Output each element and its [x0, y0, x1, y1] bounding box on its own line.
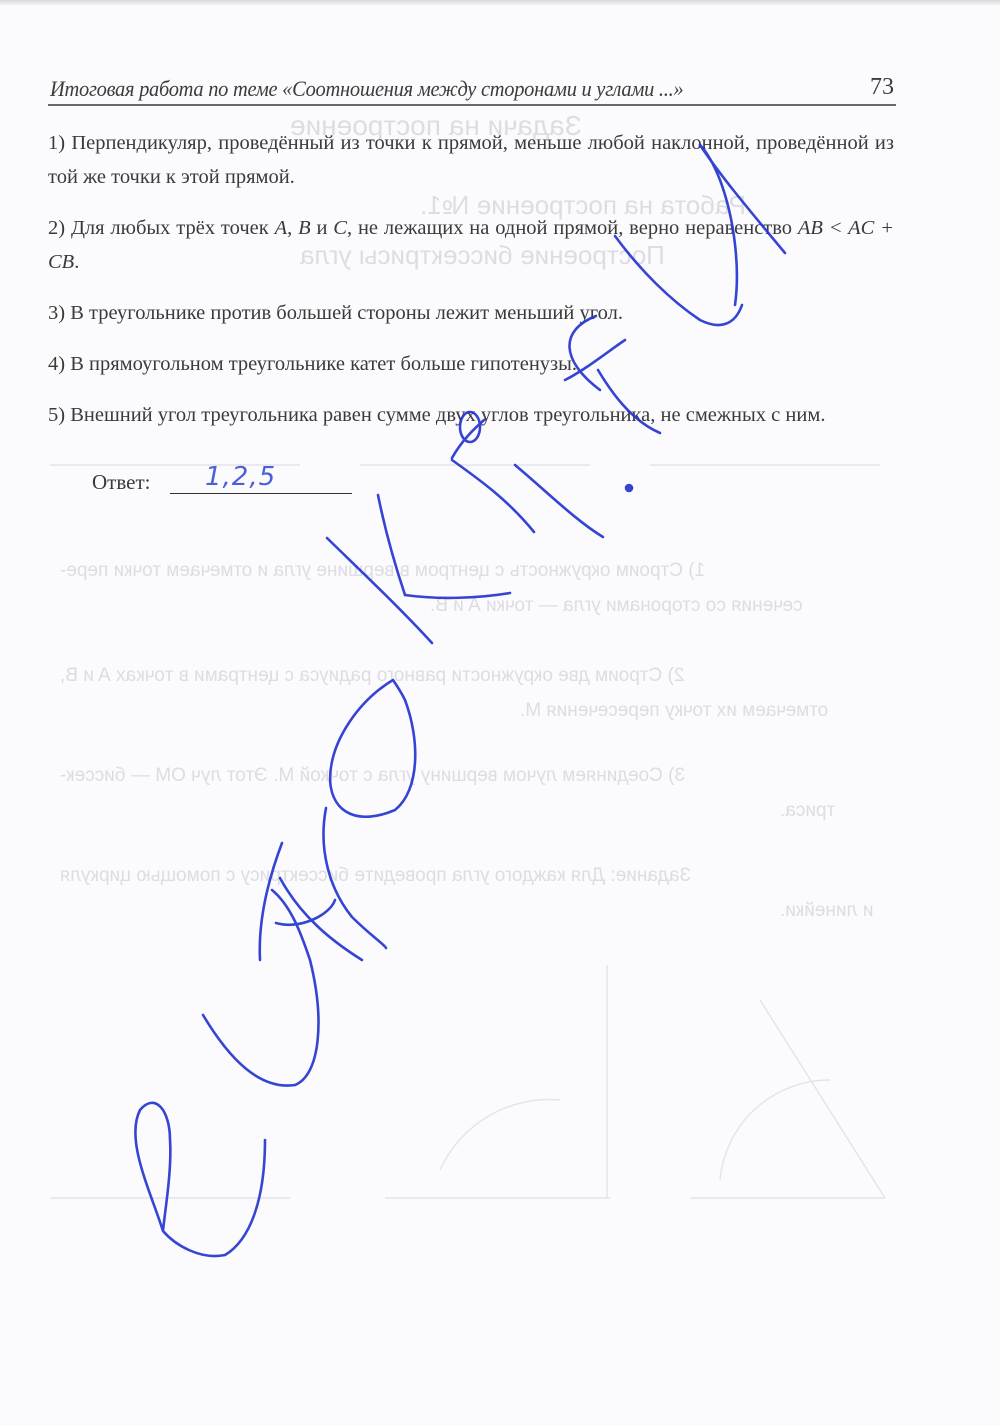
handwritten-watermark	[0, 0, 1000, 1425]
